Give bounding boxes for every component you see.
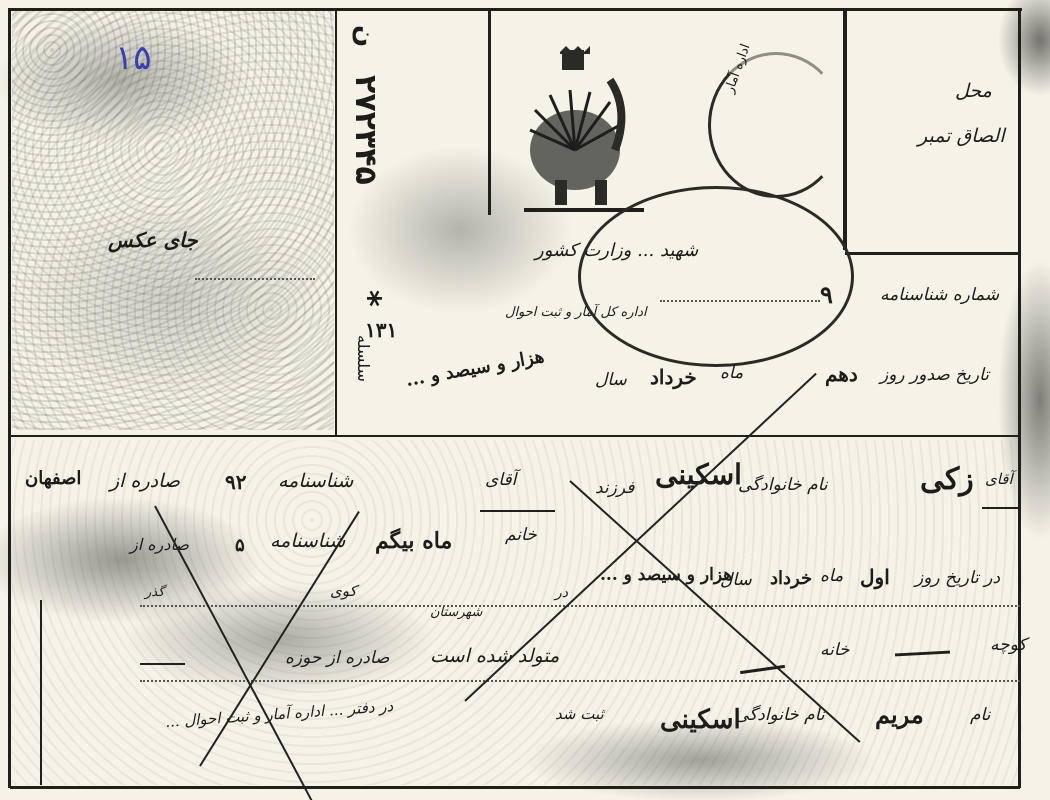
stamp-box-label-1: محل [955,80,992,102]
birth-month: خرداد [770,568,812,589]
father-issued-from-label: صادره از [110,470,180,492]
frame-bottom [10,786,1020,789]
issuance-year: هزار و سیصد و ... [404,346,545,391]
birth-month-label: ماه [820,566,843,586]
father-id-label: شناسنامه [278,470,353,492]
mother-name: ماه بیگم [375,528,452,554]
father-title-label: آقای [985,470,1013,488]
father-child-label: فرزند [595,478,634,498]
photo-divider [335,10,337,435]
child-surname-label: نام خانوادگی [735,705,825,725]
birth-neighborhood-label: گذر [145,585,164,600]
house-label: خانه [820,640,850,660]
issuance-day: دهم [825,362,858,386]
registry-line: شهید ... وزارت کشور [535,240,698,261]
section-divider [10,435,1020,437]
photo-placeholder-label: جای عکس [108,228,198,252]
issuance-month-label: ماه [720,363,743,383]
left-inner-rule [40,600,42,785]
serial-star: * [350,290,388,307]
photo-dotted-line [195,278,315,280]
serial-prefix: ن [350,25,380,47]
issuance-year-label: سال [595,370,627,390]
frame-left [8,8,11,788]
scanned-document: ۱۵ جای عکس ن ۲۷۲۳۴۵ * سلسله اداره آمار م… [0,0,1050,800]
father-issued-from: اصفهان [25,468,81,489]
child-surname: اسکینی [660,705,741,735]
archive-number: ۱۵ [115,38,152,78]
house-dotted-line [140,680,1020,682]
mother-title-label: خانم [505,525,537,545]
oval-seal [578,186,854,367]
certificate-number-value: ۹ [820,280,833,309]
birth-city-label: شهرستان [430,605,482,620]
birth-day: اول [860,565,890,589]
birth-dotted-line [140,605,1020,607]
father-family-name-label: نام خانوادگی [738,475,828,495]
father-name: زکی [920,462,974,497]
serial-label: سلسله [354,335,373,382]
frame-top [10,8,1022,11]
serial-number: ۲۷۲۳۴۵ [348,75,383,185]
registry-number: ۱۳۱ [365,318,397,342]
mother-id-number: ۵ [235,535,245,556]
issuance-month: خرداد [650,365,697,389]
serial-divider [488,10,491,215]
street-label: کوچه [990,635,1027,655]
registry-sub: اداره کل آمار و ثبت احوال [505,305,647,320]
birth-date-prefix: در تاریخ روز [915,568,1000,588]
birth-place-label: در [555,585,568,601]
lion-and-sun-emblem-icon [520,40,640,210]
child-first-name-label: نام [970,705,990,725]
certificate-number-label: شماره شناسنامه [880,285,999,305]
issuance-date-label: تاریخ صدور روز [880,365,989,385]
stamp-box-bottom [845,252,1020,255]
child-first-name: مریم [875,700,924,729]
issued-underline [140,663,185,665]
stamp-box-label-2: الصاق تمبر [918,125,1005,147]
certificate-dotted-line [660,300,820,302]
frame-right [1018,8,1021,788]
father-id-prefix: آقای [485,470,516,490]
father-id-number: ۹۲ [225,470,246,494]
born-label: متولد شده است [430,645,559,667]
father-mother-rule-2 [480,510,555,512]
photo-area-pattern [12,10,334,430]
issued-district-label: صادره از حوزه [285,648,389,668]
birth-district-label: کوی [330,582,357,600]
father-mother-rule [982,507,1018,509]
child-registered-label: ثبت شد [555,705,604,723]
father-family-name: اسکینی [655,458,742,491]
